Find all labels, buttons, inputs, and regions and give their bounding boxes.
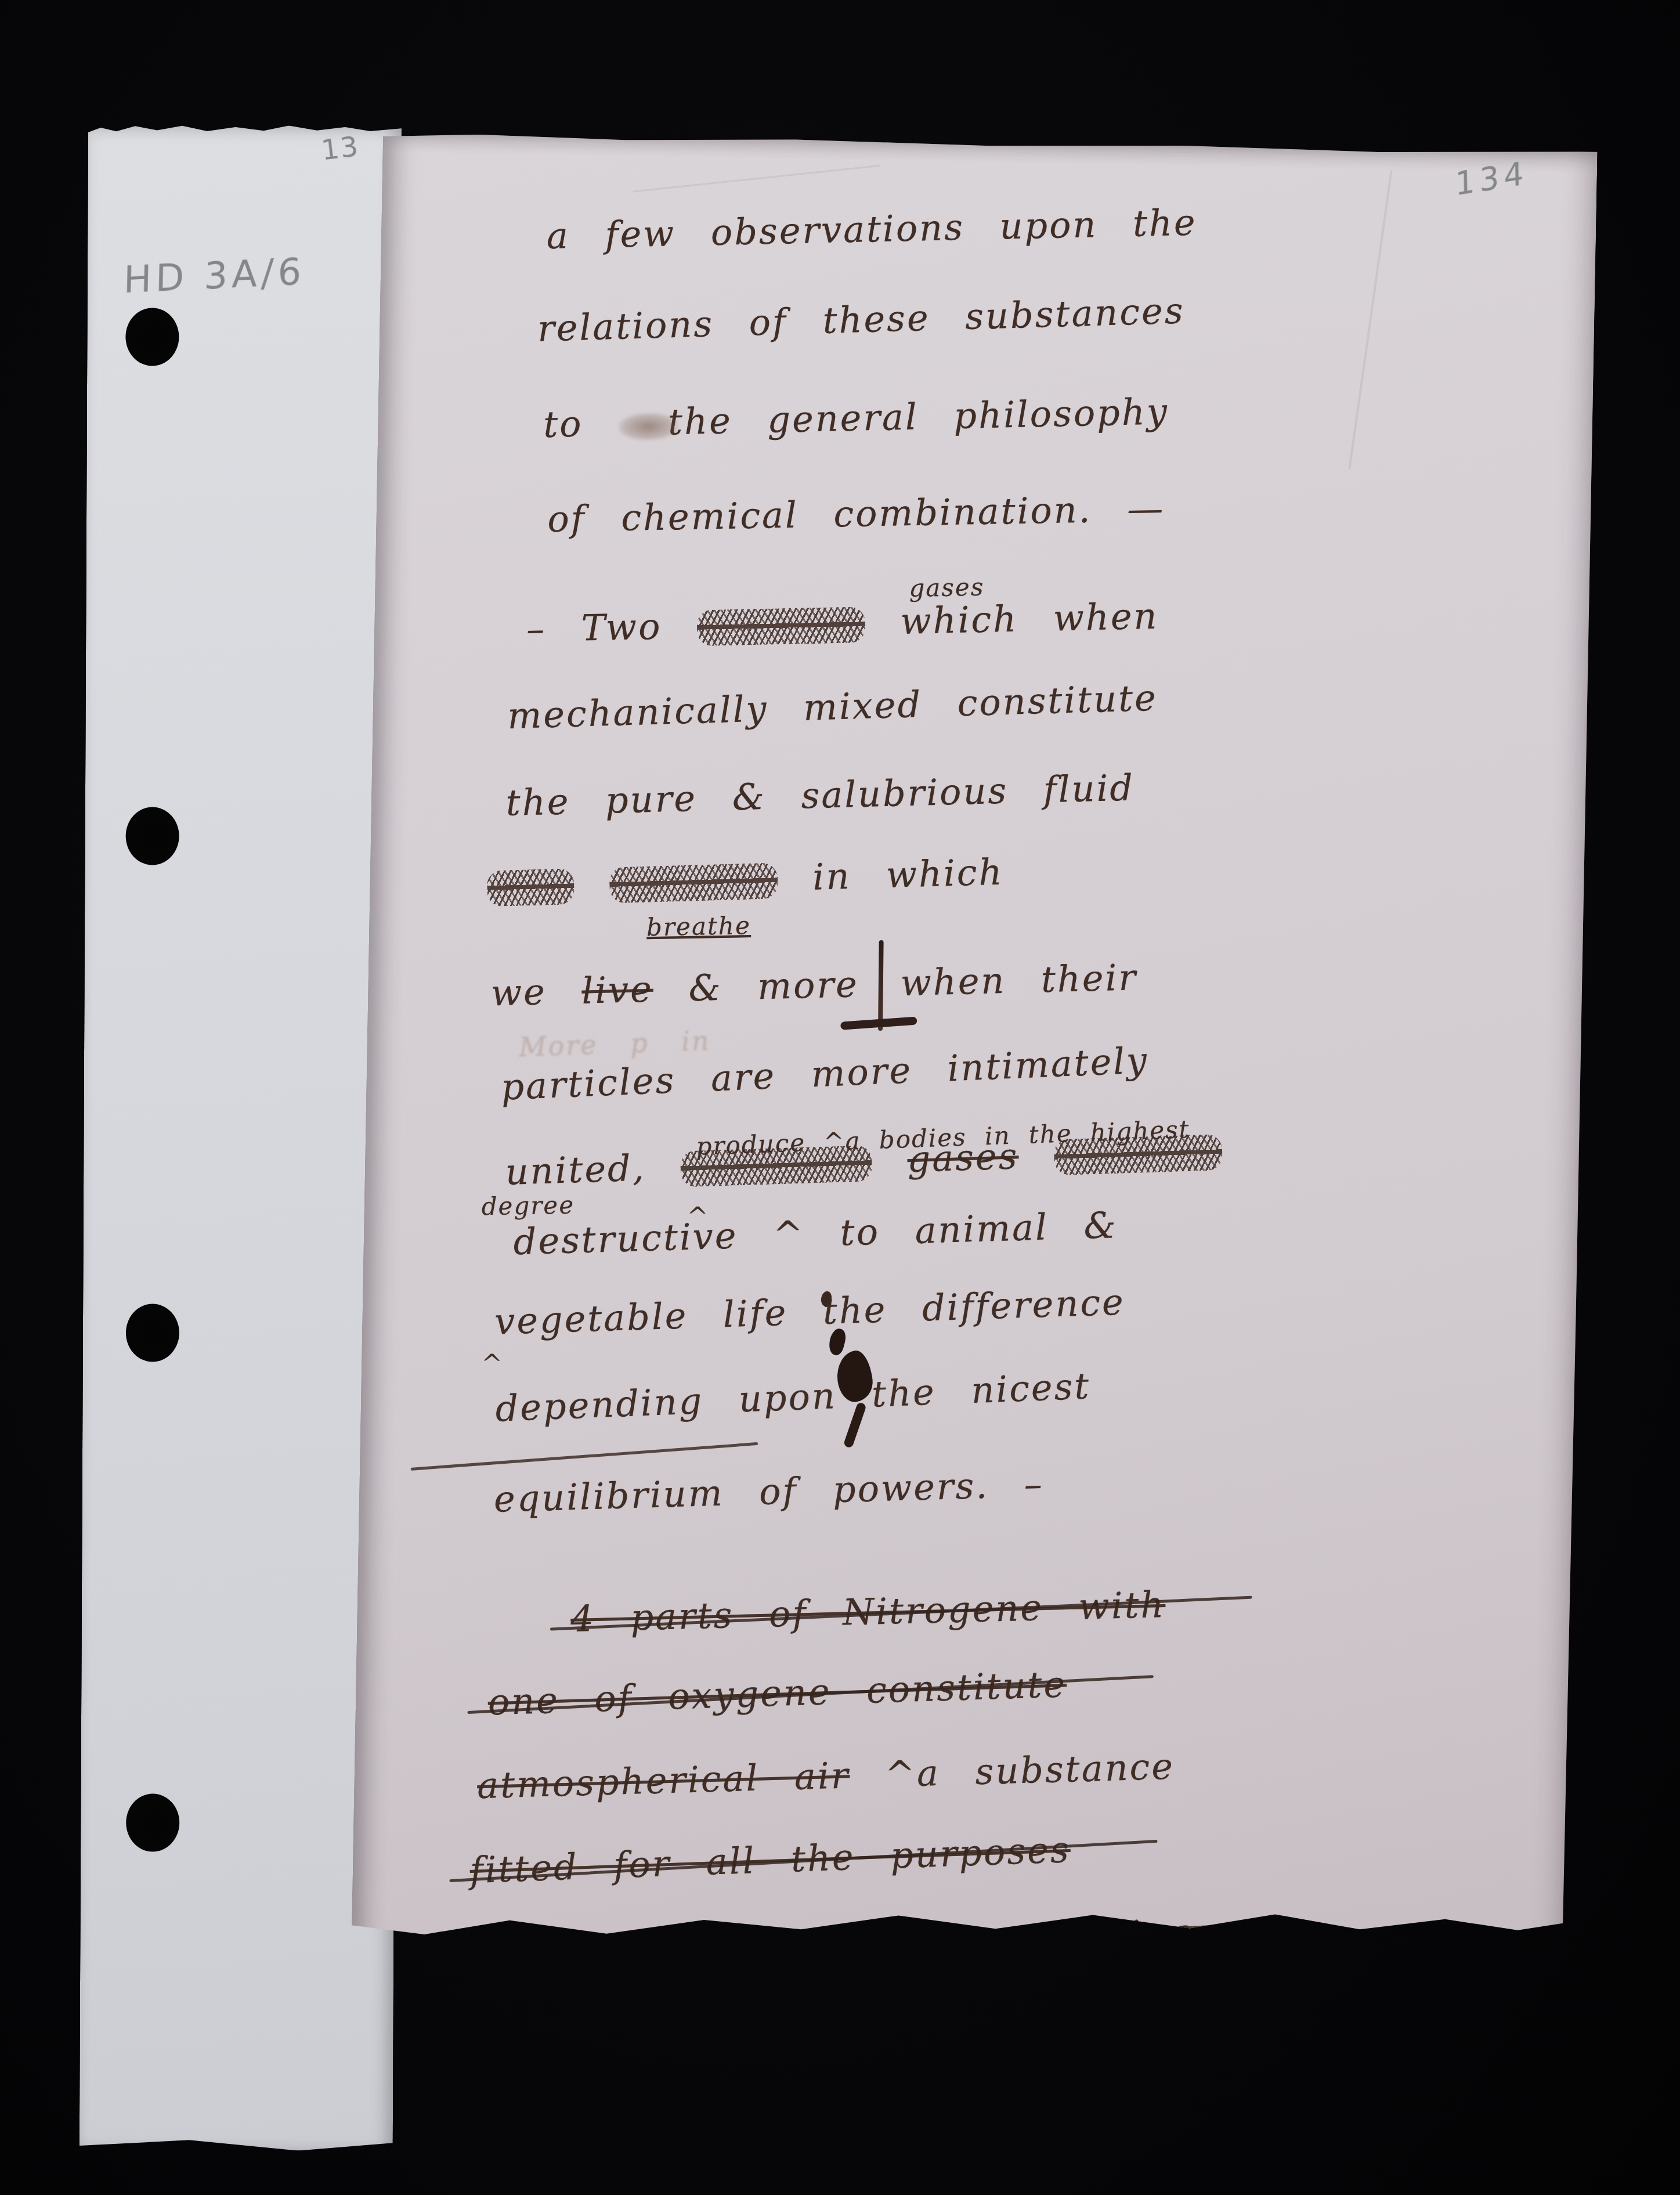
punch-hole [126, 1793, 179, 1851]
handwritten-text: breathe [646, 911, 751, 941]
handwritten-text: relations of these substances [537, 290, 1185, 350]
manuscript-line: vegetable life the difference [494, 1281, 1126, 1343]
manuscript-line: mechanically mixed constitute [507, 677, 1158, 737]
handwritten-text: degree [481, 1190, 575, 1221]
punch-hole [125, 308, 179, 366]
handwritten-text: in which [777, 850, 1005, 899]
handwritten-text: mechanically mixed constitute [507, 677, 1158, 737]
manuscript-line: a few observations upon the [546, 201, 1197, 257]
handwritten-text: the pure & salubrious fluid [505, 766, 1135, 824]
handwritten-text: equilibrium of powers. – [493, 1463, 1045, 1520]
handwritten-text: which when [865, 595, 1159, 644]
handwritten-text: More p in [519, 1025, 711, 1063]
manuscript-page: 134 a few observations upon therelations… [349, 131, 1598, 2090]
scribbled-out-word [609, 862, 778, 903]
handwritten-text: of chemical combination. — [547, 487, 1165, 540]
pencil-page-number: 134 [1455, 154, 1529, 203]
handwritten-text: – Two [526, 604, 697, 650]
manuscript-line: one of oxygene constitute [487, 1663, 1067, 1723]
struck-text: one of oxygene constitute [487, 1663, 1067, 1723]
paper-crease [1348, 170, 1392, 469]
struck-text: of living beings, for supporting [483, 1911, 1193, 1973]
manuscript-line: destructive ^ to animal & [513, 1204, 1118, 1263]
manuscript-line: degree [481, 1190, 575, 1221]
punch-hole [126, 1304, 179, 1362]
handwritten-text: destructive ^ to animal & [513, 1204, 1118, 1263]
ink-smudge [618, 412, 679, 441]
manuscript-line: we live & morewhen their [490, 934, 1139, 1040]
manuscript-line: atmospherical air ^a substance [476, 1745, 1175, 1807]
manuscript-line: of chemical combination. — [547, 487, 1165, 540]
manuscript-line: of living beings, for supporting [483, 1911, 1193, 1973]
struck-text: atmospherical air [476, 1754, 850, 1807]
manuscript-line: the pure & salubrious fluid [505, 766, 1135, 824]
manuscript-line: gases [909, 573, 985, 602]
struck-text: 4 parts of Nitrogene with [570, 1583, 1166, 1640]
pencil-archive-ref: HD 3A/6 [123, 250, 306, 302]
struck-text: fitted for all the purposes [469, 1828, 1071, 1891]
handwritten-text: ^a substance [849, 1745, 1175, 1797]
ink-stroke-vertical [878, 940, 884, 1031]
handwritten-text [1018, 1133, 1054, 1177]
scribbled-out-word [1053, 1134, 1223, 1175]
insertion-caret: ^ [480, 1349, 503, 1379]
photo-background: 13 HD 3A/6 134 a few observations upon t… [0, 0, 1680, 2195]
manuscript-line: – Two which when [526, 595, 1159, 651]
handwritten-text: gases [909, 573, 985, 602]
handwritten-text: the difference [787, 1281, 1126, 1334]
handwritten-text: to [543, 402, 618, 446]
manuscript-line: fitted for all the purposes [469, 1828, 1071, 1891]
manuscript-line: equilibrium of powers. – [493, 1463, 1045, 1520]
struck-text: gases [906, 1135, 1019, 1180]
scribbled-out-word [680, 1145, 873, 1187]
struck-text: live [581, 968, 653, 1012]
handwritten-text: depending upon the nicest [494, 1364, 1091, 1429]
manuscript-line: in which [486, 850, 1004, 907]
handwritten-text [872, 1138, 908, 1182]
manuscript-line: relations of these substances [537, 290, 1185, 350]
scribbled-out-word [487, 868, 575, 907]
insertion-caret: ^ [687, 1201, 709, 1232]
scribbled-out-word [696, 606, 865, 646]
handwritten-text [573, 861, 610, 905]
manuscript-line: 4 parts of Nitrogene with [570, 1583, 1166, 1640]
manuscript-lines: a few observations upon therelations of … [383, 131, 1598, 152]
handwritten-text: when their [900, 956, 1138, 1004]
manuscript-line: breathe [646, 911, 751, 941]
handwritten-text: a few observations upon the [546, 201, 1197, 257]
handwritten-text: united, [505, 1145, 682, 1193]
handwritten-text: the general philosophy [667, 390, 1169, 443]
manuscript-line: More p in [519, 1025, 711, 1063]
pencil-slip-number: 13 [320, 130, 361, 167]
handwritten-text: & more [653, 963, 859, 1010]
manuscript-line: depending upon the nicest [494, 1364, 1091, 1429]
handwritten-text: we [490, 970, 582, 1015]
paper-crease [633, 165, 881, 193]
punch-hole [125, 807, 179, 865]
manuscript-line: to the general philosophy [543, 390, 1169, 446]
handwritten-text: vegetable life [494, 1291, 788, 1343]
